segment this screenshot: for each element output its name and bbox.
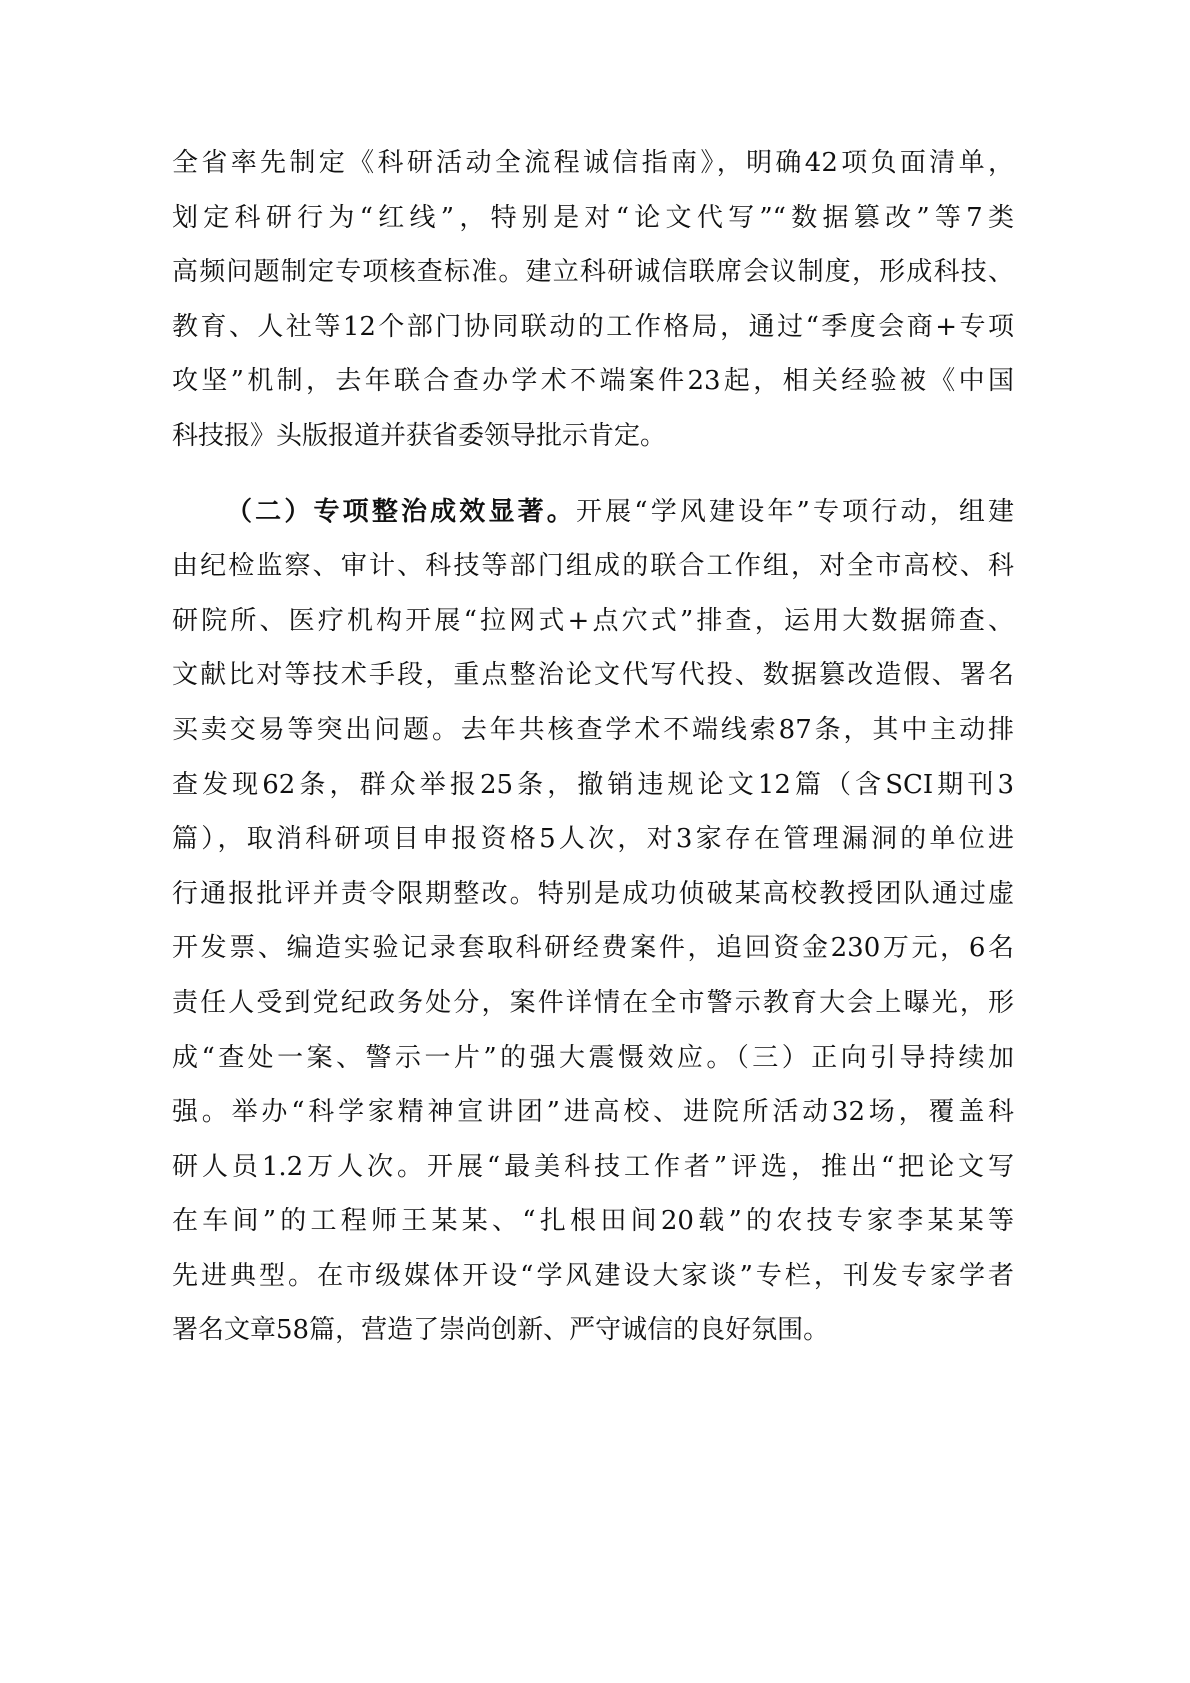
section-heading: （二）专项整治成效显著。 <box>226 497 576 527</box>
text-line: 高频问题制定专项核查标准。建立科研诚信联席会议制度，形成科技、 <box>172 249 1014 304</box>
text-line: 买卖交易等突出问题。去年共核查学术不端线索87条，其中主动排 <box>172 707 1014 762</box>
text-line: 划定科研行为“红线”，特别是对“论文代写”“数据篡改”等7类 <box>172 195 1014 250</box>
text-run: 开展“学风建设年”专项行动，组建 <box>576 497 1014 527</box>
text-line: 署名文章58篇，营造了崇尚创新、严守诚信的良好氛围。 <box>172 1307 1014 1362</box>
text-line: 篇），取消科研项目申报资格5人次，对3家存在管理漏洞的单位进 <box>172 816 1014 871</box>
text-line: 全省率先制定《科研活动全流程诚信指南》，明确42项负面清单， <box>172 140 1014 195</box>
text-line: 文献比对等技术手段，重点整治论文代写代投、数据篡改造假、署名 <box>172 652 1014 707</box>
text-line: 强。举办“科学家精神宣讲团”进高校、进院所活动32场，覆盖科 <box>172 1089 1014 1144</box>
paragraph-gap <box>172 468 1014 489</box>
text-line: 行通报批评并责令限期整改。特别是成功侦破某高校教授团队通过虚 <box>172 871 1014 926</box>
text-line: 开发票、编造实验记录套取科研经费案件，追回资金230万元，6名 <box>172 925 1014 980</box>
text-line: 由纪检监察、审计、科技等部门组成的联合工作组，对全市高校、科 <box>172 543 1014 598</box>
text-line: 研人员1.2万人次。开展“最美科技工作者”评选，推出“把论文写 <box>172 1144 1014 1199</box>
text-line: 教育、人社等12个部门协同联动的工作格局，通过“季度会商+专项 <box>172 304 1014 359</box>
text-line: 查发现62条，群众举报25条，撤销违规论文12篇（含SCI期刊3 <box>172 762 1014 817</box>
paragraph-1: 全省率先制定《科研活动全流程诚信指南》，明确42项负面清单， 划定科研行为“红线… <box>172 140 1014 468</box>
paragraph-2: （二）专项整治成效显著。开展“学风建设年”专项行动，组建 由纪检监察、审计、科技… <box>172 489 1014 1363</box>
text-line: 责任人受到党纪政务处分，案件详情在全市警示教育大会上曝光，形 <box>172 980 1014 1035</box>
text-line: 研院所、医疗机构开展“拉网式+点穴式”排查，运用大数据筛查、 <box>172 598 1014 653</box>
document-page: 全省率先制定《科研活动全流程诚信指南》，明确42项负面清单， 划定科研行为“红线… <box>172 140 1014 1362</box>
text-line: 科技报》头版报道并获省委领导批示肯定。 <box>172 413 1014 468</box>
text-line: 攻坚”机制，去年联合查办学术不端案件23起，相关经验被《中国 <box>172 358 1014 413</box>
text-line: 成“查处一案、警示一片”的强大震慑效应。（三）正向引导持续加 <box>172 1035 1014 1090</box>
text-line: 先进典型。在市级媒体开设“学风建设大家谈”专栏，刊发专家学者 <box>172 1253 1014 1308</box>
text-line: 在车间”的工程师王某某、“扎根田间20载”的农技专家李某某等 <box>172 1198 1014 1253</box>
text-line-first: （二）专项整治成效显著。开展“学风建设年”专项行动，组建 <box>172 489 1014 544</box>
